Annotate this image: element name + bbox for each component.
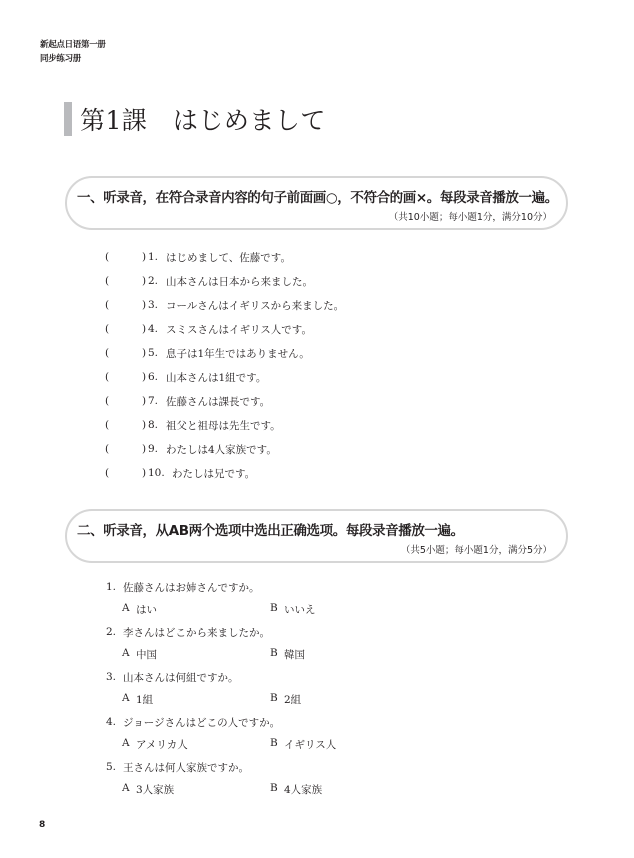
answer-bracket-open: (	[105, 371, 119, 383]
option-b[interactable]: B2組	[270, 692, 301, 707]
option-b[interactable]: B韓国	[270, 647, 305, 662]
question-text: ジョージさんはどこの人ですか。	[123, 715, 280, 730]
item-text: わたしは4人家族です。	[166, 442, 277, 457]
item-text: 山本さんは日本から来ました。	[166, 274, 313, 289]
option-letter: B	[270, 782, 284, 797]
option-a[interactable]: A中国	[122, 647, 270, 662]
option-text: イギリス人	[284, 737, 336, 752]
section-2-header: 二、听录音，从AB两个选项中选出正确选项。每段录音播放一遍。 （共5小题；每小题…	[65, 509, 568, 563]
tf-item: ()6.山本さんは1組です。	[105, 365, 344, 389]
option-text: 1組	[136, 692, 153, 707]
item-text: 息子は1年生ではありません。	[166, 346, 310, 361]
question-text: 山本さんは何組ですか。	[123, 670, 239, 685]
option-letter: A	[122, 782, 136, 797]
tf-item: ()10.わたしは兄です。	[105, 461, 344, 485]
option-text: 4人家族	[284, 782, 322, 797]
item-number: 5.	[148, 347, 166, 359]
item-number: 8.	[148, 419, 166, 431]
question-number: 2.	[106, 626, 123, 638]
option-letter: B	[270, 602, 284, 617]
option-text: 中国	[136, 647, 157, 662]
option-text: アメリカ人	[136, 737, 188, 752]
lesson-title: 第1課 はじめまして	[64, 102, 326, 136]
tf-item: ()4.スミスさんはイギリス人です。	[105, 317, 344, 341]
section-1-scoring: （共10小题；每小题1分，满分10分）	[389, 209, 552, 223]
option-b[interactable]: B4人家族	[270, 782, 322, 797]
item-text: 祖父と祖母は先生です。	[166, 418, 281, 433]
mc-question: 2.李さんはどこから来ましたか。 A中国 B韓国	[106, 621, 336, 666]
lesson-heading: 第1課 はじめまして	[80, 101, 326, 137]
lesson-title-bar	[64, 102, 72, 136]
item-text: はじめまして、佐藤です。	[166, 250, 291, 265]
item-number: 4.	[148, 323, 166, 335]
tf-item: ()2.山本さんは日本から来ました。	[105, 269, 344, 293]
item-number: 2.	[148, 275, 166, 287]
tf-item: ()5.息子は1年生ではありません。	[105, 341, 344, 365]
option-text: 韓国	[284, 647, 305, 662]
tf-item: ()7.佐藤さんは課長です。	[105, 389, 344, 413]
mc-question: 1.佐藤さんはお姉さんですか。 Aはい Bいいえ	[106, 576, 336, 621]
tf-item: ()8.祖父と祖母は先生です。	[105, 413, 344, 437]
option-letter: A	[122, 737, 136, 752]
item-text: わたしは兄です。	[172, 466, 255, 481]
answer-bracket-open: (	[105, 395, 119, 407]
question-number: 4.	[106, 716, 123, 728]
option-letter: A	[122, 647, 136, 662]
option-text: はい	[136, 602, 157, 617]
mc-question: 5.王さんは何人家族ですか。 A3人家族 B4人家族	[106, 756, 336, 801]
question-number: 3.	[106, 671, 123, 683]
section-2-instructions: 二、听录音，从AB两个选项中选出正确选项。每段录音播放一遍。	[77, 519, 464, 539]
answer-bracket-open: (	[105, 323, 119, 335]
option-a[interactable]: Aアメリカ人	[122, 737, 270, 752]
answer-bracket-open: (	[105, 347, 119, 359]
tf-item: ()3.コールさんはイギリスから来ました。	[105, 293, 344, 317]
item-text: スミスさんはイギリス人です。	[166, 322, 312, 337]
question-number: 1.	[106, 581, 123, 593]
answer-bracket-open: (	[105, 251, 119, 263]
page-number: 8	[39, 820, 45, 830]
item-text: 佐藤さんは課長です。	[166, 394, 270, 409]
tf-item: ()9.わたしは4人家族です。	[105, 437, 344, 461]
answer-bracket-open: (	[105, 299, 119, 311]
option-a[interactable]: A1組	[122, 692, 270, 707]
item-number: 6.	[148, 371, 166, 383]
option-text: 2組	[284, 692, 301, 707]
item-text: 山本さんは1組です。	[166, 370, 266, 385]
lesson-name: はじめまして	[173, 106, 326, 135]
item-text: コールさんはイギリスから来ました。	[166, 298, 344, 313]
section-1-instructions: 一、听录音，在符合录音内容的句子前面画○，不符合的画×。每段录音播放一遍。	[77, 186, 558, 206]
lesson-number: 第1課	[80, 106, 147, 135]
tf-item: ()1.はじめまして、佐藤です。	[105, 245, 344, 269]
item-number: 1.	[148, 251, 166, 263]
answer-bracket-open: (	[105, 275, 119, 287]
section-1-items: ()1.はじめまして、佐藤です。 ()2.山本さんは日本から来ました。 ()3.…	[105, 245, 344, 485]
question-number: 5.	[106, 761, 123, 773]
option-letter: B	[270, 692, 284, 707]
answer-bracket-open: (	[105, 443, 119, 455]
option-b[interactable]: Bイギリス人	[270, 737, 336, 752]
answer-bracket-open: (	[105, 419, 119, 431]
option-a[interactable]: A3人家族	[122, 782, 270, 797]
book-title: 新起点日语第一册	[40, 38, 106, 52]
question-text: 李さんはどこから来ましたか。	[123, 625, 270, 640]
option-letter: A	[122, 602, 136, 617]
question-text: 佐藤さんはお姉さんですか。	[123, 580, 260, 595]
item-number: 7.	[148, 395, 166, 407]
answer-bracket-open: (	[105, 467, 119, 479]
option-letter: B	[270, 647, 284, 662]
item-number: 10.	[148, 467, 172, 479]
item-number: 9.	[148, 443, 166, 455]
mc-question: 3.山本さんは何組ですか。 A1組 B2組	[106, 666, 336, 711]
option-letter: B	[270, 737, 284, 752]
item-number: 3.	[148, 299, 166, 311]
question-text: 王さんは何人家族ですか。	[123, 760, 249, 775]
running-head: 新起点日语第一册 同步练习册	[40, 38, 106, 66]
option-text: 3人家族	[136, 782, 174, 797]
section-1-header: 一、听录音，在符合录音内容的句子前面画○，不符合的画×。每段录音播放一遍。 （共…	[65, 176, 568, 230]
option-b[interactable]: Bいいえ	[270, 602, 316, 617]
option-text: いいえ	[284, 602, 316, 617]
book-subtitle: 同步练习册	[40, 52, 106, 66]
option-letter: A	[122, 692, 136, 707]
section-2-questions: 1.佐藤さんはお姉さんですか。 Aはい Bいいえ 2.李さんはどこから来ましたか…	[106, 576, 336, 801]
mc-question: 4.ジョージさんはどこの人ですか。 Aアメリカ人 Bイギリス人	[106, 711, 336, 756]
section-2-scoring: （共5小题；每小题1分，满分5分）	[401, 542, 552, 556]
option-a[interactable]: Aはい	[122, 602, 270, 617]
